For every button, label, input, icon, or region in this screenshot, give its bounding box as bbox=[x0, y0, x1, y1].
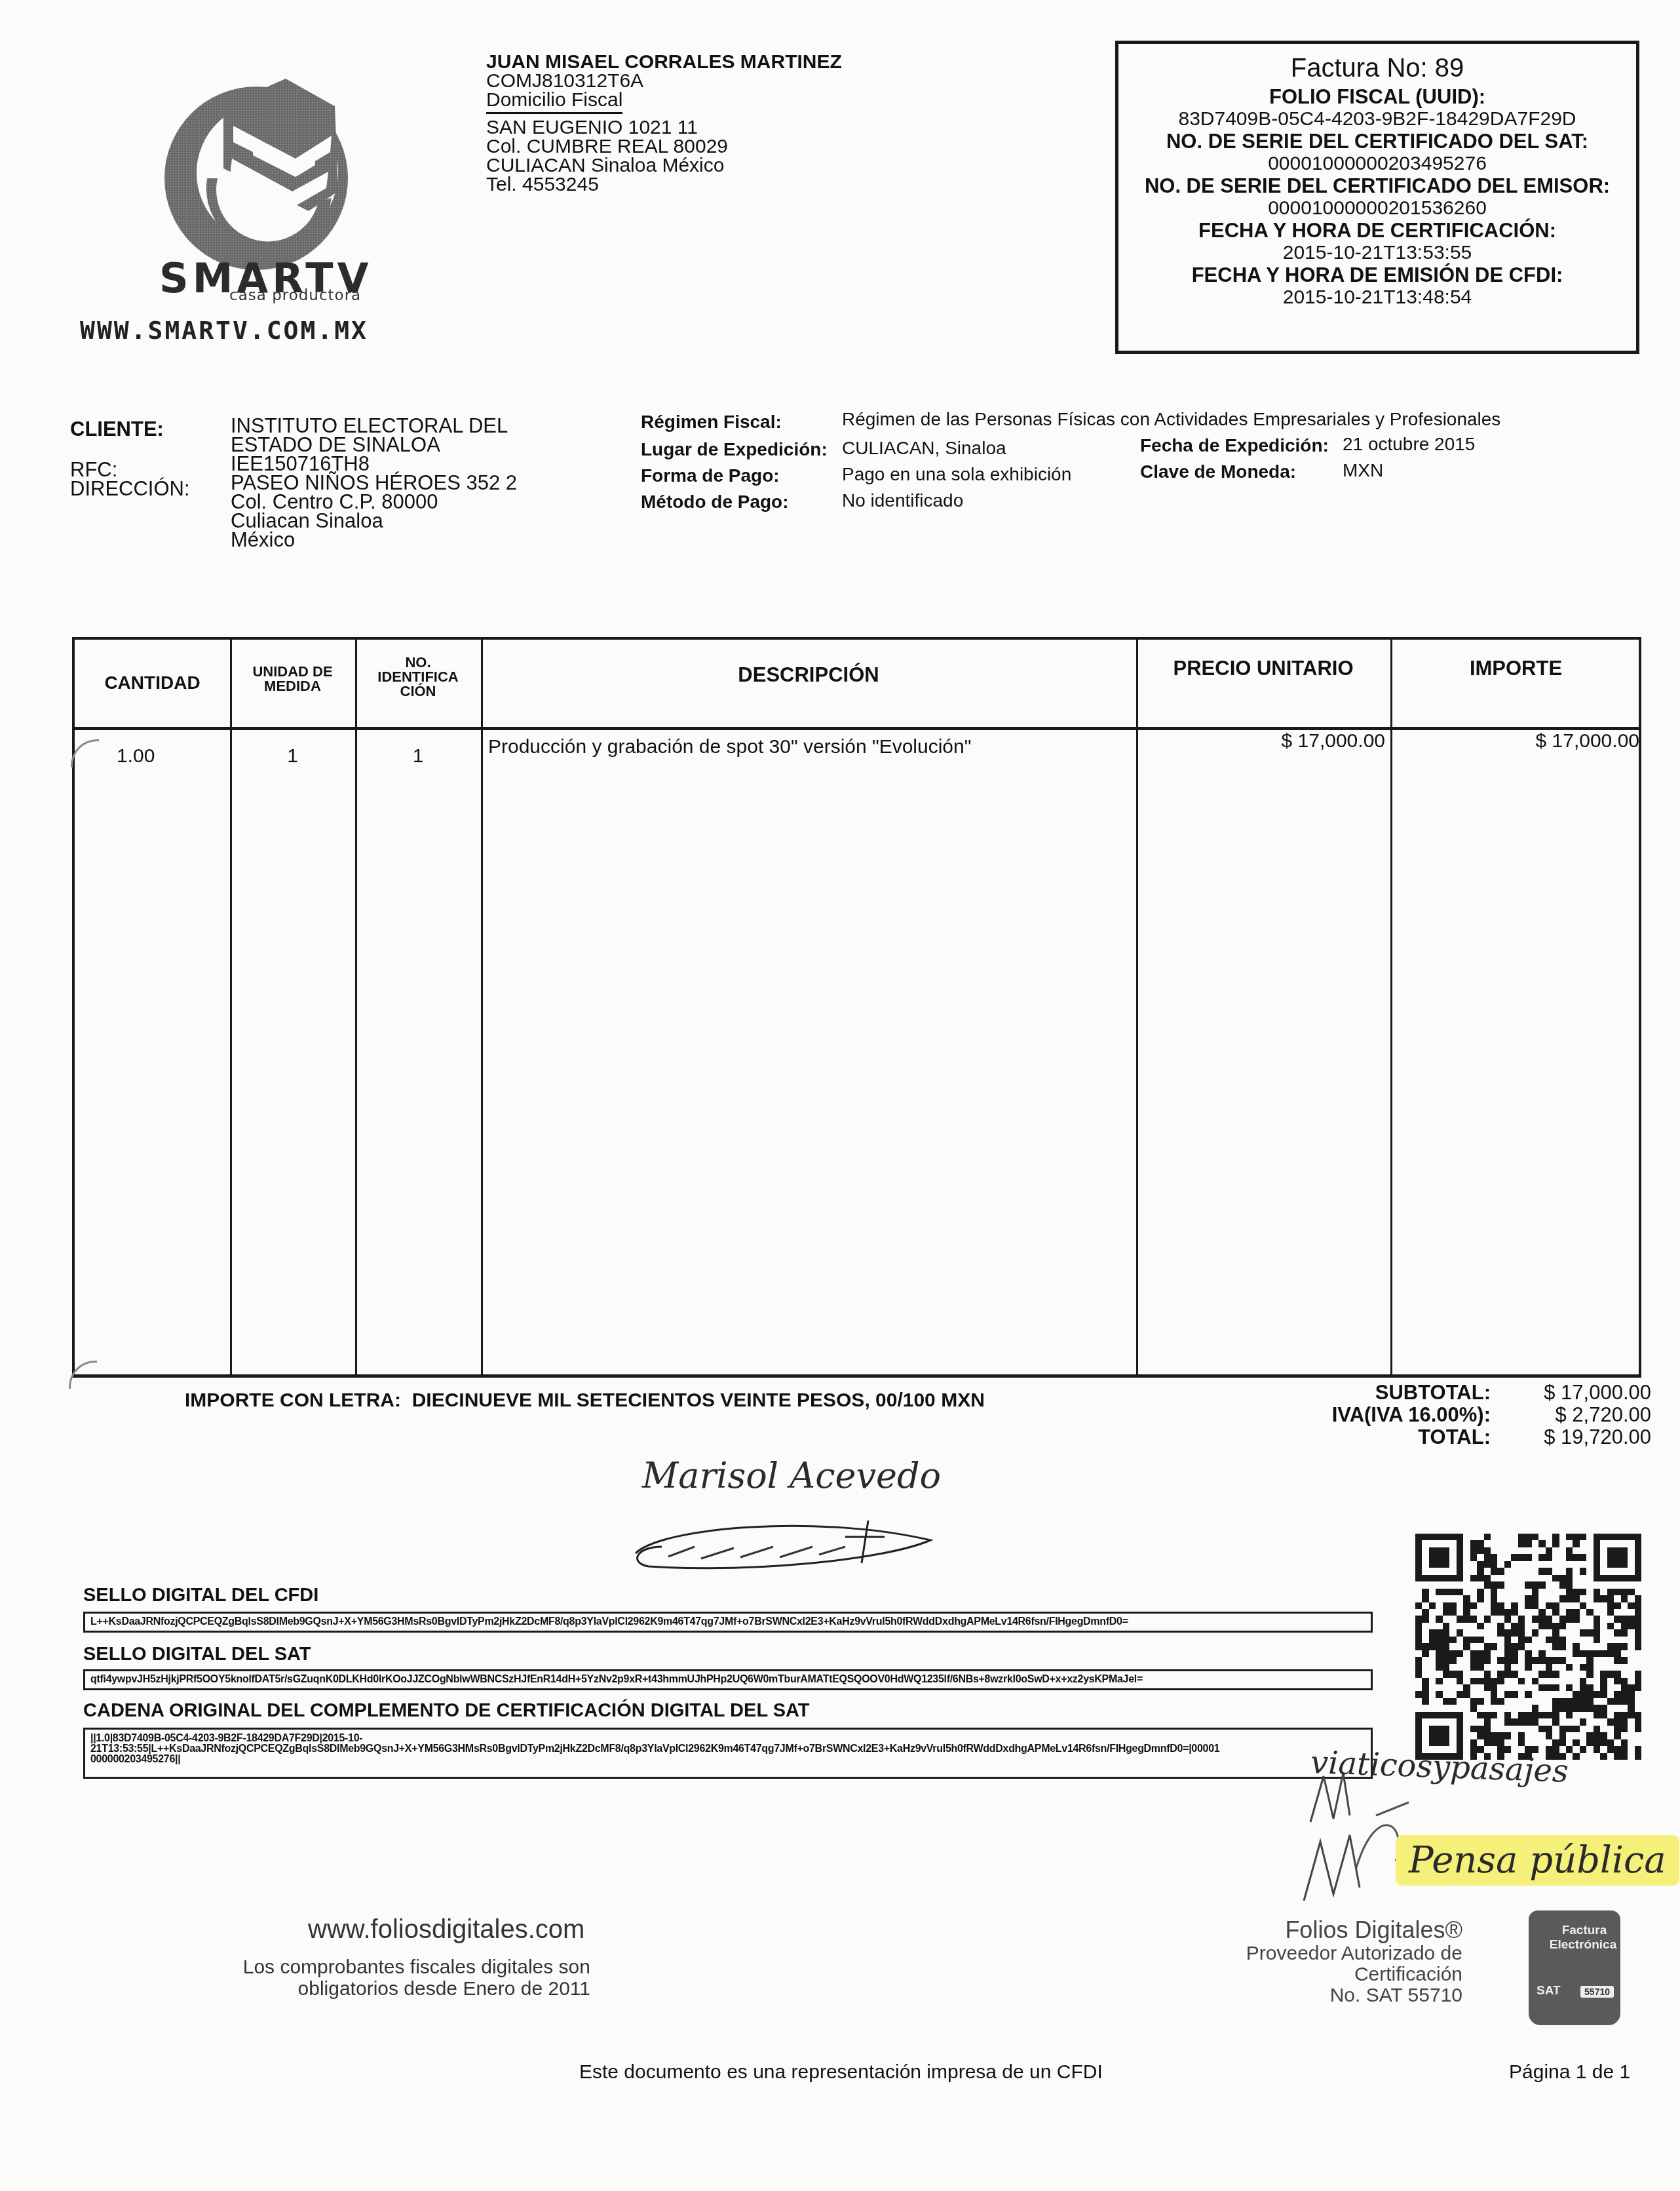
header-cantidad: CANTIDAD bbox=[75, 672, 230, 693]
pac-info: Folios Digitales® Proveedor Autorizado d… bbox=[1166, 1917, 1462, 2006]
moneda-label: Clave de Moneda: bbox=[1140, 461, 1296, 482]
moneda-value: MXN bbox=[1343, 460, 1383, 481]
cadena-line2: 21T13:53:55|L++KsDaaJRNfozjQCPCEQZgBqlsS… bbox=[90, 1744, 1365, 1755]
header-noid-line3: CIÓN bbox=[355, 684, 481, 699]
emitter-name: JUAN MISAEL CORRALES MARTINEZ bbox=[486, 52, 842, 71]
emitter-block: JUAN MISAEL CORRALES MARTINEZ COMJ810312… bbox=[486, 52, 842, 194]
folios-message-line1: Los comprobantes fiscales digitales son bbox=[220, 1956, 590, 1978]
logo-tagline: casa productora bbox=[229, 287, 361, 304]
total-label: TOTAL: bbox=[1418, 1426, 1491, 1448]
header-noid-line2: IDENTIFICA bbox=[355, 670, 481, 684]
letra-label: IMPORTE CON LETRA: bbox=[185, 1389, 401, 1411]
emisor-cert-label: NO. DE SERIE DEL CERTIFICADO DEL EMISOR: bbox=[1118, 175, 1636, 197]
importe-con-letra: IMPORTE CON LETRA: DIECINUEVE MIL SETECI… bbox=[185, 1389, 985, 1412]
cadena-line1: ||1.0|83D7409B-05C4-4203-9B2F-18429DA7F2… bbox=[90, 1734, 1365, 1744]
header-noid-line1: NO. bbox=[355, 655, 481, 670]
sello-cfdi-value: L++KsDaaJRNfozjQCPCEQZgBqlsS8DlMeb9GQsnJ… bbox=[83, 1612, 1373, 1633]
row-unidad: 1 bbox=[230, 745, 355, 767]
direccion-label: DIRECCIÓN: bbox=[70, 479, 190, 498]
cadena-line3: 000000203495276|| bbox=[90, 1755, 1365, 1765]
column-divider bbox=[481, 640, 483, 1374]
pac-brand: Folios Digitales® bbox=[1166, 1917, 1462, 1943]
emitter-street: SAN EUGENIO 1021 11 bbox=[486, 118, 842, 137]
row-precio: $ 17,000.00 bbox=[1136, 730, 1385, 752]
badge-line1: Factura bbox=[1529, 1910, 1620, 1938]
cert-date-value: 2015-10-21T13:53:55 bbox=[1118, 242, 1636, 264]
regimen-label: Régimen Fiscal: bbox=[641, 412, 782, 433]
lugar-value: CULIACAN, Sinaloa bbox=[842, 438, 1006, 459]
emitter-colonia: Col. CUMBRE REAL 80029 bbox=[486, 137, 842, 156]
pac-line2: No. SAT 55710 bbox=[1166, 1985, 1462, 2006]
emision-date-label: FECHA Y HORA DE EMISIÓN DE CFDI: bbox=[1118, 264, 1636, 286]
iva-value: $ 2,720.00 bbox=[1555, 1404, 1651, 1426]
emisor-cert-value: 00001000000201536260 bbox=[1118, 197, 1636, 220]
company-website: WWW.SMARTV.COM.MX bbox=[80, 316, 368, 345]
page-number: Página 1 de 1 bbox=[1509, 2061, 1630, 2084]
header-no-identificacion: NO. IDENTIFICA CIÓN bbox=[355, 655, 481, 699]
total-value: $ 19,720.00 bbox=[1544, 1426, 1651, 1448]
folios-message-line2: obligatorios desde Enero de 2011 bbox=[220, 1978, 590, 2000]
client-address-line1: PASEO NIÑOS HÉROES 352 2 bbox=[231, 473, 517, 492]
domicilio-fiscal-label: Domicilio Fiscal bbox=[486, 90, 622, 114]
cfdi-representation-note: Este documento es una representación imp… bbox=[579, 2061, 1103, 2084]
regimen-value: Régimen de las Personas Físicas con Acti… bbox=[842, 409, 1500, 430]
sat-cert-label: NO. DE SERIE DEL CERTIFICADO DEL SAT: bbox=[1118, 130, 1636, 153]
fecha-expedicion-value: 21 octubre 2015 bbox=[1343, 434, 1475, 455]
header-descripcion: DESCRIPCIÓN bbox=[481, 663, 1136, 687]
letra-value: DIECINUEVE MIL SETECIENTOS VEINTE PESOS,… bbox=[412, 1389, 985, 1411]
emision-date-value: 2015-10-21T13:48:54 bbox=[1118, 286, 1636, 309]
sat-cert-value: 00001000000203495276 bbox=[1118, 153, 1636, 175]
cliente-label: CLIENTE: bbox=[70, 419, 164, 438]
client-address-line4: México bbox=[231, 530, 517, 549]
uuid-value: 83D7409B-05C4-4203-9B2F-18429DA7F29D bbox=[1118, 108, 1636, 130]
rfc-label: RFC: bbox=[70, 460, 117, 479]
handwritten-note-pensa-publica: Pensa pública bbox=[1396, 1835, 1679, 1886]
header-unidad-line1: UNIDAD DE bbox=[230, 665, 355, 679]
metodo-value: No identificado bbox=[842, 490, 963, 511]
emitter-city: CULIACAN Sinaloa México bbox=[486, 156, 842, 175]
smartv-logo-icon bbox=[155, 60, 377, 277]
forma-label: Forma de Pago: bbox=[641, 465, 780, 486]
subtotal-value: $ 17,000.00 bbox=[1544, 1382, 1651, 1404]
sello-sat-label: SELLO DIGITAL DEL SAT bbox=[83, 1644, 311, 1665]
header-unidad: UNIDAD DE MEDIDA bbox=[230, 665, 355, 693]
cadena-original-value: ||1.0|83D7409B-05C4-4203-9B2F-18429DA7F2… bbox=[83, 1728, 1373, 1779]
cadena-original-label: CADENA ORIGINAL DEL COMPLEMENTO DE CERTI… bbox=[83, 1700, 810, 1722]
invoice-number: Factura No: 89 bbox=[1118, 52, 1636, 85]
fecha-expedicion-label: Fecha de Expedición: bbox=[1140, 435, 1329, 456]
handwritten-initials-icon bbox=[1297, 1763, 1415, 1907]
row-cantidad: 1.00 bbox=[117, 745, 155, 767]
header-precio-unitario: PRECIO UNITARIO bbox=[1136, 657, 1390, 680]
fiscal-folio-box: Factura No: 89 FOLIO FISCAL (UUID): 83D7… bbox=[1115, 41, 1639, 354]
iva-label: IVA(IVA 16.00%): bbox=[1332, 1404, 1491, 1426]
header-unidad-line2: MEDIDA bbox=[230, 679, 355, 693]
row-importe: $ 17,000.00 bbox=[1390, 730, 1639, 752]
lugar-label: Lugar de Expedición: bbox=[641, 439, 828, 460]
row-no-id: 1 bbox=[355, 745, 481, 767]
client-values: INSTITUTO ELECTORAL DEL ESTADO DE SINALO… bbox=[231, 416, 517, 549]
sello-sat-value: qtfi4ywpvJH5zHjkjPRf5OOY5knolfDAT5r/sGZu… bbox=[83, 1669, 1373, 1690]
pac-line1: Proveedor Autorizado de Certificación bbox=[1166, 1943, 1462, 1985]
signature-scribble-icon bbox=[622, 1501, 937, 1573]
signature-name: Marisol Acevedo bbox=[642, 1455, 941, 1496]
row-descripcion: Producción y grabación de spot 30" versi… bbox=[488, 736, 971, 758]
badge-sat: SAT bbox=[1537, 1984, 1561, 1998]
badge-number: 55710 bbox=[1580, 1986, 1614, 1998]
client-rfc: IEE150716TH8 bbox=[231, 454, 517, 473]
folios-message: Los comprobantes fiscales digitales son … bbox=[220, 1956, 590, 2000]
sat-factura-electronica-badge-icon: Factura Electrónica SAT 55710 bbox=[1529, 1910, 1620, 2025]
client-address-line2: Col. Centro C.P. 80000 bbox=[231, 492, 517, 511]
forma-value: Pago en una sola exhibición bbox=[842, 464, 1071, 485]
items-table: CANTIDAD UNIDAD DE MEDIDA NO. IDENTIFICA… bbox=[72, 637, 1641, 1378]
badge-line2: Electrónica bbox=[1529, 1938, 1620, 1952]
signature: Marisol Acevedo bbox=[622, 1439, 937, 1576]
emitter-phone: Tel. 4553245 bbox=[486, 175, 842, 194]
emitter-rfc: COMJ810312T6A bbox=[486, 71, 842, 90]
totals-block: SUBTOTAL: $ 17,000.00 IVA(IVA 16.00%): $… bbox=[1284, 1382, 1651, 1454]
cert-date-label: FECHA Y HORA DE CERTIFICACIÓN: bbox=[1118, 220, 1636, 242]
header-importe: IMPORTE bbox=[1390, 657, 1641, 680]
client-name-line1: INSTITUTO ELECTORAL DEL bbox=[231, 416, 517, 435]
qr-code-icon bbox=[1415, 1534, 1641, 1760]
client-name-line2: ESTADO DE SINALOA bbox=[231, 435, 517, 454]
sello-cfdi-label: SELLO DIGITAL DEL CFDI bbox=[83, 1585, 318, 1606]
subtotal-label: SUBTOTAL: bbox=[1375, 1382, 1491, 1404]
client-address-line3: Culiacan Sinaloa bbox=[231, 511, 517, 530]
uuid-label: FOLIO FISCAL (UUID): bbox=[1118, 86, 1636, 108]
metodo-label: Método de Pago: bbox=[641, 492, 789, 513]
folios-url: www.foliosdigitales.com bbox=[308, 1915, 584, 1945]
